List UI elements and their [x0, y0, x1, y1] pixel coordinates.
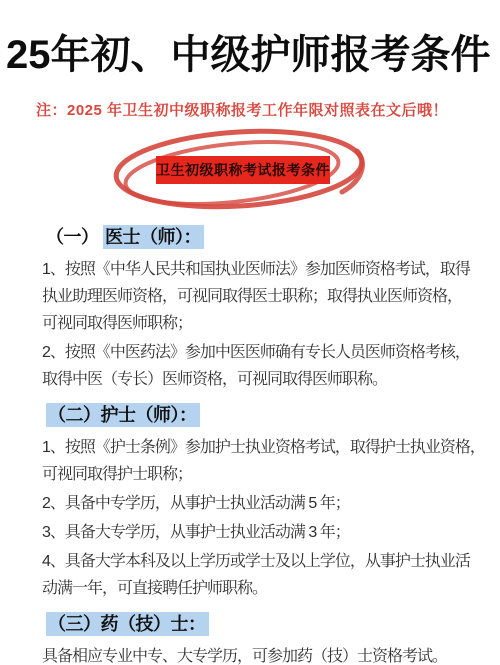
- paragraph: 1、按照《护士条例》参加护士执业资格考试，取得护士执业资格， 可视同取得护士职称…: [0, 434, 500, 488]
- section-pharmacy-tech: （三）药（技）士： 具备相应专业中专、大专学历，可参加药（技）士资格考试。: [0, 612, 500, 665]
- text-line: 执业助理医师资格，可视同取得医士职称；取得执业医师资格，: [42, 283, 480, 310]
- text-line: 取得中医（专长）医师资格，可视同取得医师职称。: [42, 366, 480, 393]
- section-nurse: （二）护士（师）： 1、按照《护士条例》参加护士执业资格考试，取得护士执业资格，…: [0, 403, 500, 602]
- heading-prefix: （一）: [46, 227, 99, 247]
- section-heading-pharmacy-tech: （三）药（技）士：: [46, 612, 500, 636]
- paragraph: 3、具备大专学历，从事护士执业活动满 3 年；: [0, 519, 500, 546]
- section-heading-nurse: （二）护士（师）：: [46, 403, 500, 427]
- text-line: 可视同取得医师职称；: [42, 310, 480, 337]
- stamp-area: 卫生初级职称考试报考条件: [0, 129, 500, 215]
- heading-highlight: （三）药（技）士：: [46, 612, 209, 636]
- text-line: 2、按照《中医药法》参加中医医师确有专长人员医师资格考核，: [42, 339, 480, 366]
- paragraph: 1、按照《中华人民共和国执业医师法》参加医师资格考试，取得 执业助理医师资格，可…: [0, 256, 500, 337]
- page-title: 25年初、中级护师报考条件: [6, 34, 494, 76]
- text-line: 可视同取得护士职称；: [42, 461, 480, 488]
- text-line: 3、具备大专学历，从事护士执业活动满 3 年；: [42, 519, 480, 546]
- section-doctor: （一） 医士（师）： 1、按照《中华人民共和国执业医师法》参加医师资格考试，取得…: [0, 225, 500, 393]
- paragraph: 2、按照《中医药法》参加中医医师确有专长人员医师资格考核， 取得中医（专长）医师…: [0, 339, 500, 393]
- paragraph: 4、具备大学本科及以上学历或学士及以上学位，从事护士执业活 动满一年，可直接聘任…: [0, 548, 500, 602]
- text-line: 具备相应专业中专、大专学历，可参加药（技）士资格考试。: [42, 643, 480, 665]
- paragraph: 具备相应专业中专、大专学历，可参加药（技）士资格考试。: [0, 643, 500, 665]
- text-line: 4、具备大学本科及以上学历或学士及以上学位，从事护士执业活: [42, 548, 480, 575]
- heading-highlight: （二）护士（师）：: [46, 403, 200, 427]
- text-line: 2、具备中专学历，从事护士执业活动满 5 年；: [42, 490, 480, 517]
- text-line: 动满一年，可直接聘任护师职称。: [42, 575, 480, 602]
- section-heading-doctor: （一） 医士（师）：: [46, 225, 500, 249]
- paragraph: 2、具备中专学历，从事护士执业活动满 5 年；: [0, 490, 500, 517]
- banner-label: 卫生初级职称考试报考条件: [156, 156, 330, 184]
- heading-highlight: 医士（师）：: [103, 225, 204, 249]
- text-line: 1、按照《护士条例》参加护士执业资格考试，取得护士执业资格，: [42, 434, 480, 461]
- poster-page: 25年初、中级护师报考条件 注：2025 年卫生初中级职称报考工作年限对照表在文…: [0, 0, 500, 665]
- text-line: 1、按照《中华人民共和国执业医师法》参加医师资格考试，取得: [42, 256, 480, 283]
- note-text: 注：2025 年卫生初中级职称报考工作年限对照表在文后哦！: [36, 100, 500, 121]
